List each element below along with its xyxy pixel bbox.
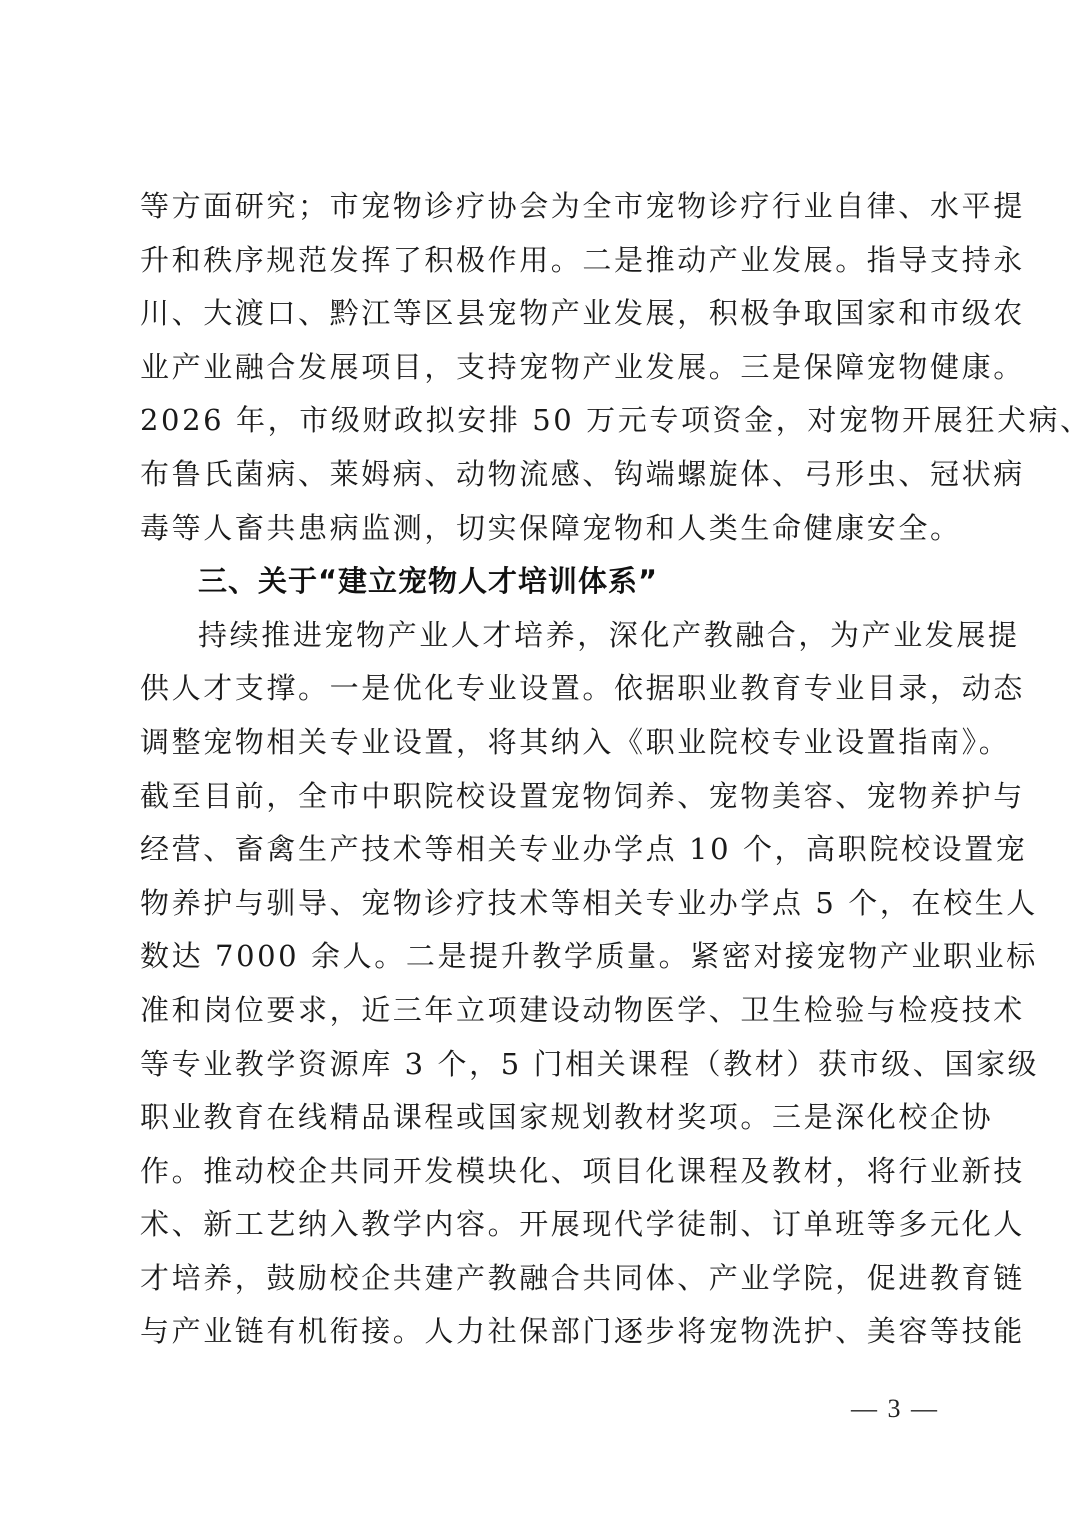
text-line: 持续推进宠物产业人才培养，深化产教融合，为产业发展提 [140, 609, 942, 663]
text-line: 物养护与驯导、宠物诊疗技术等相关专业办学点 5 个，在校生人 [140, 877, 942, 931]
text-line: 经营、畜禽生产技术等相关专业办学点 10 个，高职院校设置宠 [140, 823, 942, 877]
text-line: 升和秩序规范发挥了积极作用。二是推动产业发展。指导支持永 [140, 234, 942, 288]
text-line: 业产业融合发展项目，支持宠物产业发展。三是保障宠物健康。 [140, 341, 942, 395]
text-line: 调整宠物相关专业设置，将其纳入《职业院校专业设置指南》。 [140, 716, 942, 770]
text-line: 川、大渡口、黔江等区县宠物产业发展，积极争取国家和市级农 [140, 287, 942, 341]
text-line: 截至目前，全市中职院校设置宠物饲养、宠物美容、宠物养护与 [140, 770, 942, 824]
text-line: 与产业链有机衔接。人力社保部门逐步将宠物洗护、美容等技能 [140, 1305, 942, 1359]
text-line: 职业教育在线精品课程或国家规划教材奖项。三是深化校企协 [140, 1091, 942, 1145]
section-heading: 三、关于“建立宠物人才培训体系” [140, 555, 942, 609]
text-line: 等方面研究；市宠物诊疗协会为全市宠物诊疗行业自律、水平提 [140, 180, 942, 234]
text-line: 术、新工艺纳入教学内容。开展现代学徒制、订单班等多元化人 [140, 1198, 942, 1252]
document-page: 等方面研究；市宠物诊疗协会为全市宠物诊疗行业自律、水平提 升和秩序规范发挥了积极… [140, 180, 942, 1359]
text-line: 准和岗位要求，近三年立项建设动物医学、卫生检验与检疫技术 [140, 984, 942, 1038]
paragraph-talent-training: 持续推进宠物产业人才培养，深化产教融合，为产业发展提 供人才支撑。一是优化专业设… [140, 609, 942, 1359]
text-line: 毒等人畜共患病监测，切实保障宠物和人类生命健康安全。 [140, 502, 942, 556]
text-line: 数达 7000 余人。二是提升教学质量。紧密对接宠物产业职业标 [140, 930, 942, 984]
text-line: 等专业教学资源库 3 个，5 门相关课程（教材）获市级、国家级 [140, 1038, 942, 1092]
text-line: 才培养，鼓励校企共建产教融合共同体、产业学院，促进教育链 [140, 1252, 942, 1306]
page-number: — 3 — [840, 1394, 950, 1424]
text-line: 布鲁氏菌病、莱姆病、动物流感、钩端螺旋体、弓形虫、冠状病 [140, 448, 942, 502]
paragraph-continuation: 等方面研究；市宠物诊疗协会为全市宠物诊疗行业自律、水平提 升和秩序规范发挥了积极… [140, 180, 942, 555]
text-line: 供人才支撑。一是优化专业设置。依据职业教育专业目录，动态 [140, 662, 942, 716]
text-line: 2026 年，市级财政拟安排 50 万元专项资金，对宠物开展狂犬病、 [140, 394, 942, 448]
text-line: 作。推动校企共同开发模块化、项目化课程及教材，将行业新技 [140, 1145, 942, 1199]
